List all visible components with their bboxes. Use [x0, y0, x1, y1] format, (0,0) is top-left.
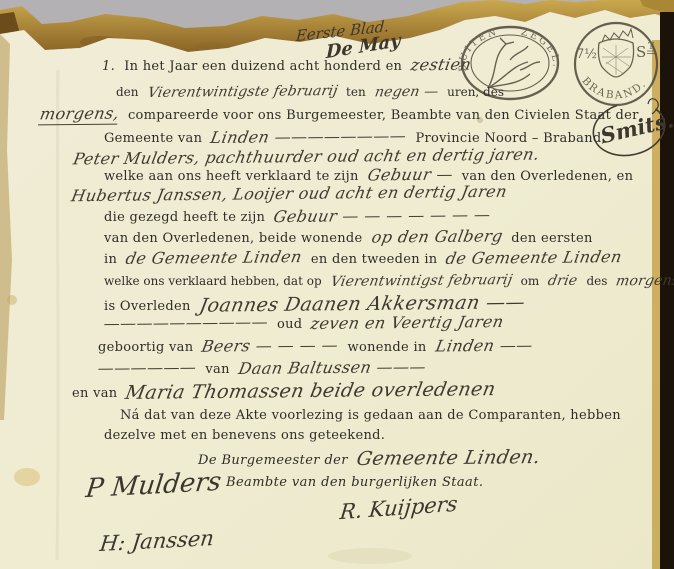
printed-text: den: [116, 85, 139, 99]
handwritten-text: Linden ——: [434, 335, 534, 355]
document-line: Peter Mulders, pachthuurder oud acht en …: [74, 147, 539, 166]
text-layer: 1.In het Jaar een duizend acht honderd e…: [0, 0, 674, 569]
printed-text: oud: [277, 317, 302, 332]
printed-text: dezelve met en benevens ons geteekend.: [104, 428, 385, 443]
handwritten-text: morgens: [615, 273, 674, 290]
printed-text: Beambte van den burgerlijken Staat.: [226, 475, 483, 490]
signature: H: Janssen: [99, 526, 216, 556]
document-line: Hubertus Janssen, Looijer oud acht en de…: [72, 184, 507, 203]
handwritten-text: Beers — — — —: [201, 335, 341, 355]
printed-text: des: [587, 274, 608, 288]
document-line: ——————vanDaan Baltussen ———: [98, 358, 426, 377]
handwritten-text: Gemeente Linden.: [355, 446, 543, 470]
signature: R. Kuijpers: [339, 492, 459, 524]
document-line: denVierentwintigste februarijtennegen —u…: [116, 81, 504, 100]
document-line: De Burgemeester derGemeente Linden.: [198, 447, 540, 469]
printed-text: geboortig van: [98, 340, 193, 355]
handwritten-text: Hubertus Janssen, Looijer oud acht en de…: [70, 182, 509, 206]
printed-text: en den tweeden in: [311, 252, 438, 267]
printed-text: De Burgemeester der: [198, 453, 348, 468]
printed-text: In het Jaar een duizend acht honderd en: [124, 59, 402, 74]
signature: P Mulders: [84, 467, 223, 504]
photographed-document: BUITEN ZEGEL. 7½ S T: [0, 0, 674, 569]
handwritten-text: ——————————: [102, 312, 270, 333]
document-line: welke ons verklaard hebben, dat opVieren…: [104, 270, 674, 289]
handwritten-text: Maria Thomassen beide overledenen: [124, 378, 498, 404]
handwritten-text: drie: [547, 273, 579, 289]
handwritten-text: Linden ————————: [209, 126, 408, 147]
printed-text: in: [104, 252, 117, 267]
document-line: dezelve met en benevens ons geteekend.: [104, 424, 385, 443]
handwritten-text: Gebuur — — — — — — —: [272, 205, 492, 226]
printed-text: van den Overledenen, beide wonende: [104, 231, 363, 246]
document-line: en vanMaria Thomassen beide overledenen: [72, 380, 496, 402]
document-line: van den Overledenen, beide wonendeop den…: [104, 227, 593, 246]
printed-text: wonende in: [348, 340, 427, 355]
printed-text: is Overleden: [104, 299, 191, 314]
printed-text: welke ons verklaard hebben, dat op: [104, 274, 322, 288]
printed-text: om: [521, 274, 540, 288]
printed-text: 1.: [102, 59, 115, 74]
printed-text: Ná dat van deze Akte voorlezing is gedaa…: [120, 408, 621, 423]
handwritten-text: op den Galberg: [370, 226, 504, 246]
document-line: welke aan ons heeft verklaard te zijnGeb…: [104, 165, 633, 184]
printed-text: Gemeente van: [104, 131, 202, 146]
printed-text: Provincie Noord – Braband,: [415, 131, 605, 146]
printed-text: compareerde voor ons Burgemeester, Beamb…: [128, 108, 639, 123]
handwritten-text: zeven en Veertig Jaren: [309, 312, 505, 333]
handwritten-text: morgens,: [38, 104, 121, 126]
document-line: die gezegd heeft te zijnGebuur — — — — —…: [104, 206, 491, 225]
printed-text: den eersten: [511, 231, 592, 246]
printed-text: en van: [72, 386, 117, 401]
document-line: Gemeente vanLinden ————————Provincie Noo…: [104, 127, 606, 146]
printed-text: welke aan ons heeft verklaard te zijn: [104, 169, 359, 184]
handwritten-text: Vierentwintigste februarij: [146, 83, 339, 101]
document-line: inde Gemeente Lindenen den tweeden inde …: [104, 248, 622, 267]
handwritten-text: negen —: [373, 84, 439, 101]
document-line: Beambte van den burgerlijken Staat.: [226, 471, 483, 490]
document-line: 1.In het Jaar een duizend acht honderd e…: [102, 55, 471, 74]
handwritten-text: Vierentwintigst februarij: [329, 272, 513, 290]
handwritten-text: de Gemeente Linden: [124, 247, 304, 268]
document-line: morgens,compareerde voor ons Burgemeeste…: [40, 104, 639, 125]
document-line: ——————————oudzeven en Veertig Jaren: [104, 313, 504, 332]
document-line: geboortig vanBeers — — — —wonende inLind…: [98, 336, 532, 355]
printed-text: uren, des: [447, 85, 504, 99]
handwritten-text: de Gemeente Linden: [445, 247, 625, 268]
printed-text: ten: [346, 85, 366, 99]
printed-text: van: [205, 362, 229, 377]
document-line: Ná dat van deze Akte voorlezing is gedaa…: [120, 404, 621, 423]
handwritten-text: ——————: [96, 357, 198, 377]
handwritten-text: Daan Baltussen ———: [237, 357, 428, 378]
printed-text: die gezegd heeft te zijn: [104, 210, 265, 225]
handwritten-text: zestien: [409, 55, 473, 75]
